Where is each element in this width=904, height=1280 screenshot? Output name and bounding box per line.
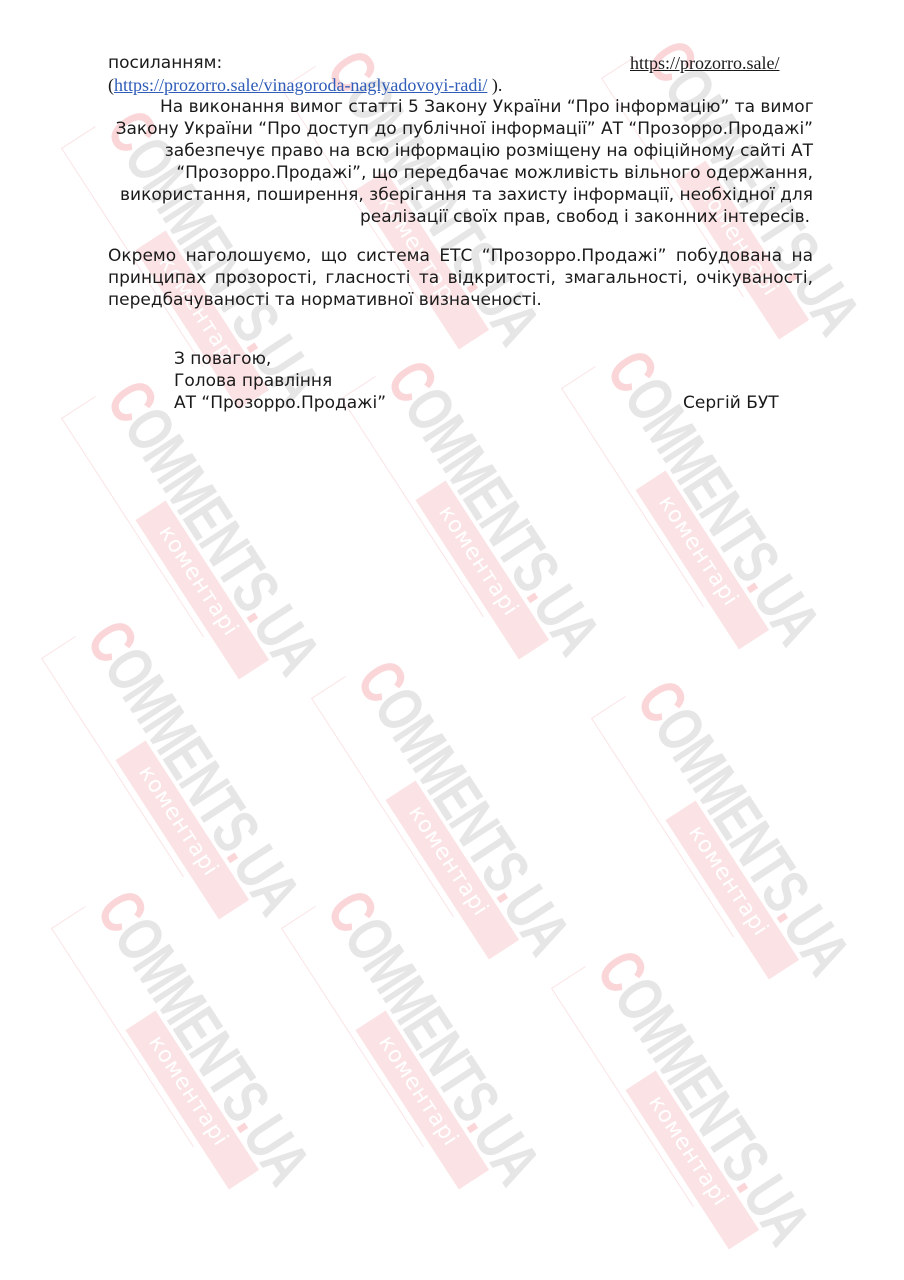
signature-closing: З повагою, [174, 348, 271, 370]
paragraph-1-line: Закону України “Про доступ до публічної … [114, 118, 813, 140]
paragraph-1-line: “Прозорро.Продажі”, що передбачає можлив… [110, 162, 813, 184]
main-site-link[interactable]: https://prozorro.sale/ [630, 52, 779, 74]
signature-name: Сергій БУТ [683, 392, 779, 414]
paragraph-1-line: На виконання вимог статті 5 Закону Украї… [160, 96, 813, 118]
paragraph-1-line: використання, поширення, зберігання та з… [120, 184, 813, 206]
supervisory-board-link[interactable]: https://prozorro.sale/vinagoroda-naglyad… [114, 75, 487, 95]
signature-position: Голова правління [174, 370, 332, 392]
paragraph-1-line: реалізації своїх прав, свобод і законних… [360, 206, 806, 228]
paragraph-2-line: Окремо наголошуємо, що система ЕТС “Проз… [108, 245, 813, 267]
intro-label: посиланням: [108, 52, 222, 74]
signature-organization: АТ “Прозорро.Продажі” [174, 392, 386, 414]
sub-link-line: (https://prozorro.sale/vinagoroda-naglya… [108, 74, 502, 96]
paragraph-2-line: принципах прозорості, гласності та відкр… [108, 267, 813, 289]
paren-close: ). [487, 75, 502, 95]
paragraph-1-line: забезпечує право на всю інформацію розмі… [160, 140, 813, 162]
document-page: посиланням: https://prozorro.sale/ (http… [0, 0, 904, 1280]
paragraph-2-line: передбачуваності та нормативної визначен… [108, 289, 542, 311]
